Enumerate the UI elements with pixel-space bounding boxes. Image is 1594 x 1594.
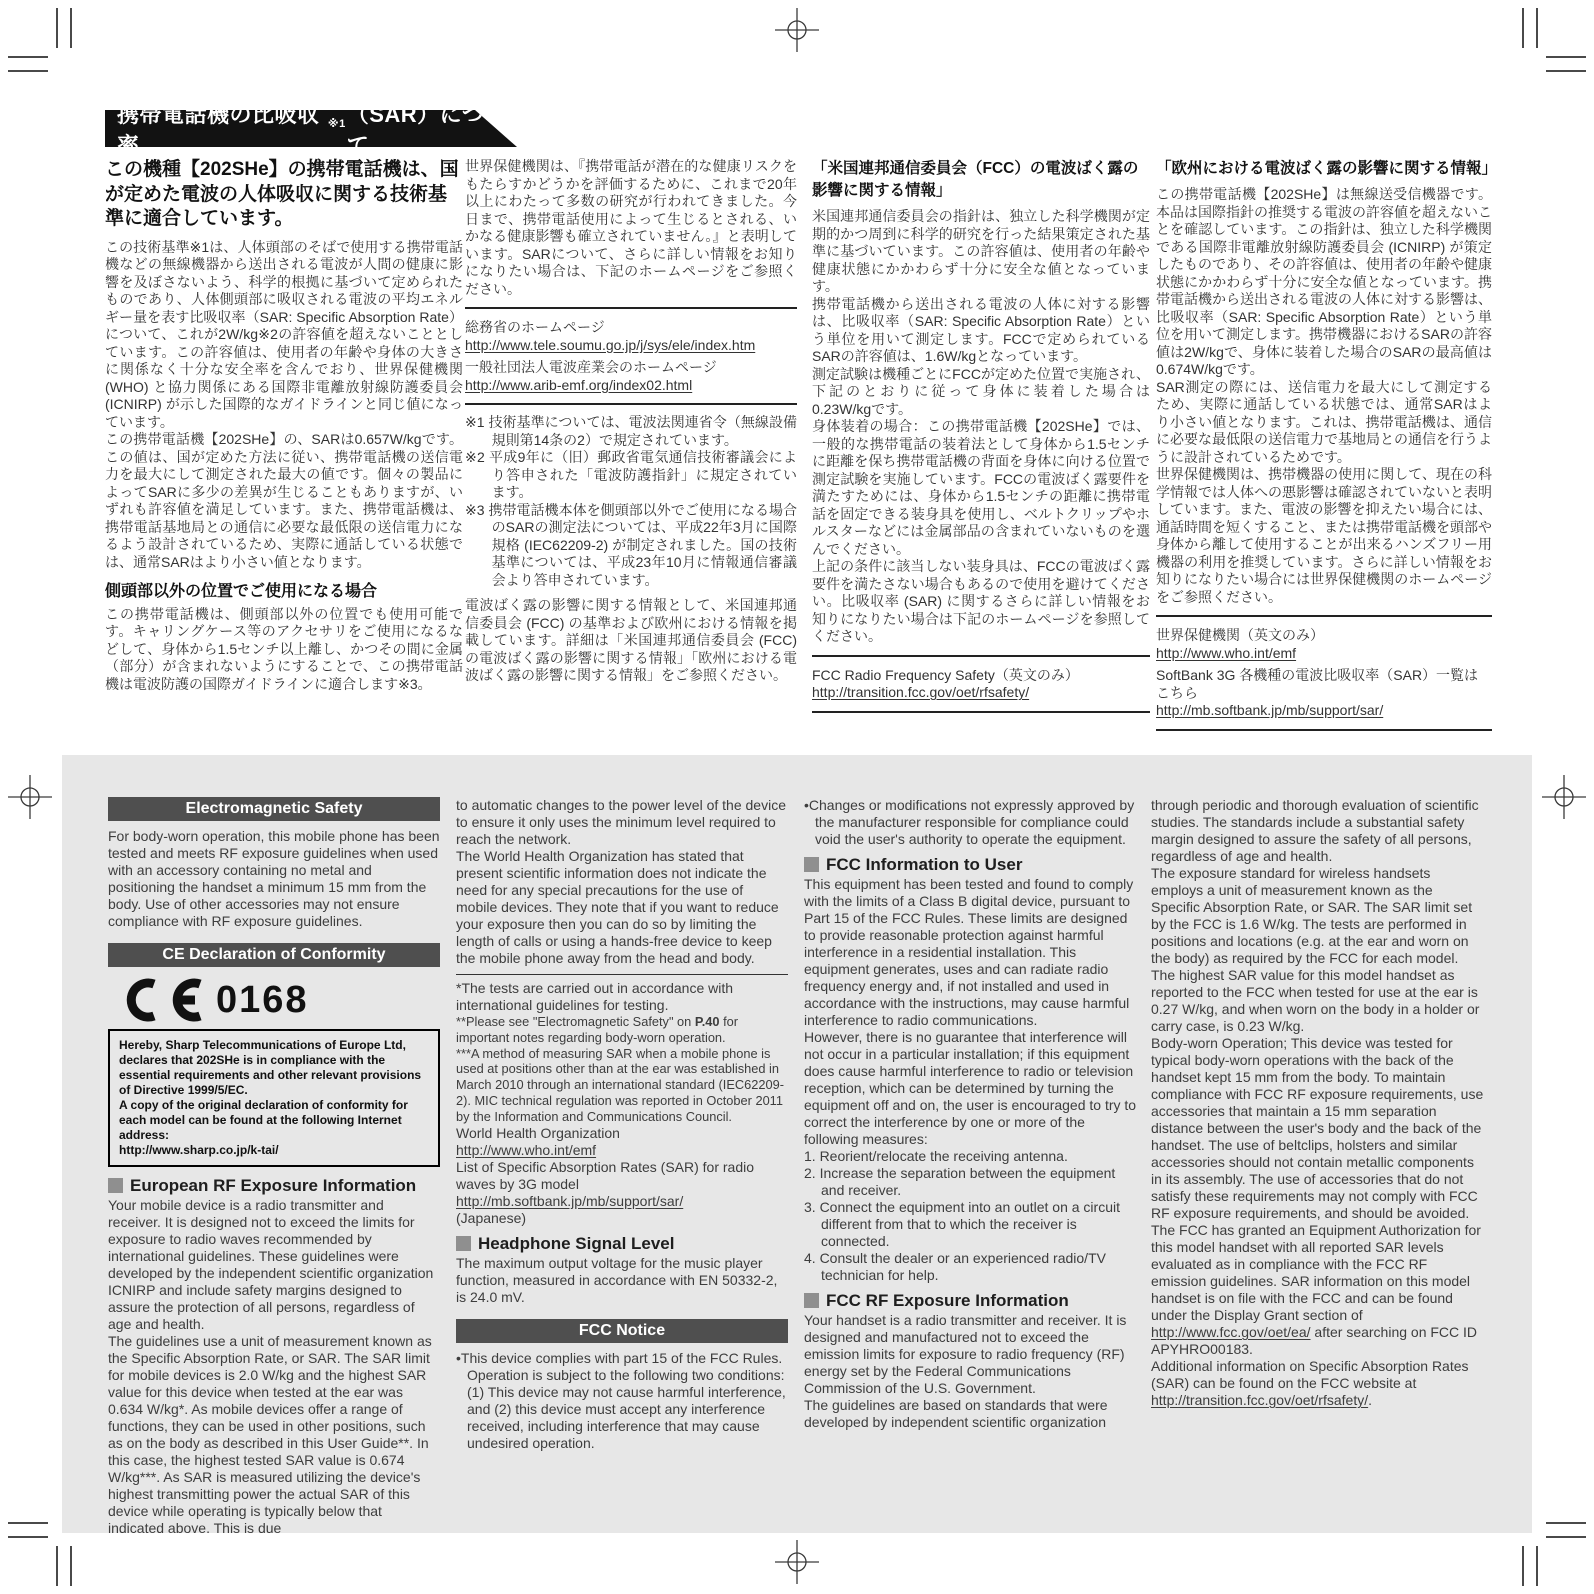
- fcc-rfsafety-link[interactable]: http://transition.fcc.gov/oet/rfsafety/: [812, 684, 1150, 702]
- english-section: Electromagnetic Safety For body-worn ope…: [62, 755, 1532, 1533]
- page-title-footnote-marker: ※1: [328, 117, 346, 130]
- registration-mark-right-icon: [1542, 775, 1586, 819]
- jp-column-1: この機種【202SHe】の携帯電話機は、国が定めた電波の人体吸収に関する技術基準…: [105, 158, 463, 693]
- link-label: 世界保健機関（英文のみ）: [1156, 627, 1492, 645]
- body-paragraph: 上記の条件に該当しない装身具は、FCCの電波ばく露要件を満たさない場合もあるので…: [812, 558, 1150, 646]
- numbered-list-item: 1. Reorient/relocate the receiving anten…: [804, 1148, 1138, 1165]
- body-paragraph: The World Health Organization has stated…: [456, 848, 788, 967]
- bullet-item: •This device complies with part 15 of th…: [456, 1350, 788, 1384]
- registration-mark-top-icon: [775, 8, 819, 52]
- body-paragraph: The exposure standard for wireless hands…: [1151, 865, 1484, 967]
- heading-fcc-information-to-user: FCC Information to User: [804, 856, 1138, 873]
- ce-number: 0168: [216, 992, 309, 1009]
- footnotes-block: *The tests are carried out in accordance…: [456, 974, 788, 1125]
- body-paragraph: 身体装着の場合：この携帯電話機【202SHe】では、一般的な携帯電話の装着法とし…: [812, 418, 1150, 558]
- jp-subheading-body-worn: 側頭部以外の位置でご使用になる場合: [105, 583, 463, 601]
- jp-heading-europe: 「欧州における電波ばく露の影響に関する情報」: [1156, 158, 1492, 180]
- body-paragraph: 電波ばく露の影響に関する情報として、米国連邦通信委員会 (FCC) の基準および…: [465, 597, 797, 685]
- footnote-1: ※1 技術基準については、電波法関連省令（無線設備規則第14条の2）で規定されて…: [465, 414, 797, 449]
- who-link[interactable]: http://www.who.int/emf: [456, 1142, 788, 1159]
- link-label: SoftBank 3G 各機種の電波比吸収率（SAR）一覧はこちら: [1156, 667, 1492, 702]
- body-paragraph: SAR測定の際には、送信電力を最大にして測定するため、実際に通話している状態では…: [1156, 379, 1492, 467]
- ce-mark-icon: [116, 977, 204, 1023]
- body-paragraph: Your handset is a radio transmitter and …: [804, 1312, 1138, 1397]
- footnote-3: ※3 携帯電話機本体を側頭部以外でご使用になる場合のSARの測定法については、平…: [465, 502, 797, 590]
- manual-page: 携帯電話機の比吸収率※1（SAR）について この機種【202SHe】の携帯電話機…: [0, 0, 1594, 1594]
- sharp-link[interactable]: http://www.sharp.co.jp/k-tai/: [119, 1143, 429, 1158]
- en-column-1: Electromagnetic Safety For body-worn ope…: [108, 797, 440, 1533]
- jp-links-box: 総務省のホームページ http://www.tele.soumu.go.jp/j…: [465, 307, 797, 405]
- bullet-item: •Changes or modifications not expressly …: [804, 797, 1138, 848]
- section-square-icon: [456, 1236, 471, 1251]
- en-column-3: •Changes or modifications not expressly …: [804, 797, 1138, 1431]
- body-paragraph: 携帯電話機から送出される電波の人体に対する影響は、比吸収率（SAR: Speci…: [812, 296, 1150, 366]
- jp-lead-heading: この機種【202SHe】の携帯電話機は、国が定めた電波の人体吸収に関する技術基準…: [105, 158, 463, 232]
- body-paragraph: Body-worn Operation; This device was tes…: [1151, 1035, 1484, 1222]
- body-paragraph: For body-worn operation, this mobile pho…: [108, 828, 440, 930]
- section-square-icon: [108, 1178, 123, 1193]
- numbered-list-item: 3. Connect the equipment into an outlet …: [804, 1199, 1138, 1250]
- body-paragraph: The maximum output voltage for the music…: [456, 1255, 788, 1306]
- body-paragraph: Your mobile device is a radio transmitte…: [108, 1197, 440, 1333]
- softbank-sar-link[interactable]: http://mb.softbank.jp/mb/support/sar/: [456, 1193, 788, 1210]
- jp-column-2: 世界保健機関は、『携帯電話が潜在的な健康リスクをもたらすかどうかを評価するために…: [465, 158, 797, 685]
- body-paragraph: この携帯電話機【202SHe】は無線送受信機器です。本品は国際指針の推奨する電波…: [1156, 186, 1492, 379]
- en-column-4: through periodic and thorough evaluation…: [1151, 797, 1484, 1409]
- heading-european-rf-exposure: European RF Exposure Information: [108, 1177, 440, 1194]
- declaration-of-conformity-box: Hereby, Sharp Telecommunications of Euro…: [108, 1029, 440, 1167]
- footnote-asterisk-1: *The tests are carried out in accordance…: [456, 980, 788, 1014]
- who-link[interactable]: http://www.who.int/emf: [1156, 645, 1492, 663]
- jp-heading-fcc: 「米国連邦通信委員会（FCC）の電波ばく露の影響に関する情報」: [812, 158, 1150, 202]
- footnote-2: ※2 平成9年に（旧）郵政省電気通信技術審議会により答申された「電波防護指針」に…: [465, 449, 797, 502]
- soumu-link[interactable]: http://www.tele.soumu.go.jp/j/sys/ele/in…: [465, 337, 797, 355]
- page-title-tail: （SAR）について: [347, 98, 517, 160]
- jp-links-box: FCC Radio Frequency Safety（英文のみ） http://…: [812, 655, 1150, 713]
- body-paragraph: The FCC has granted an Equipment Authori…: [1151, 1222, 1484, 1358]
- body-paragraph: through periodic and thorough evaluation…: [1151, 797, 1484, 865]
- registration-mark-bottom-icon: [775, 1540, 819, 1584]
- page-title-bar: 携帯電話機の比吸収率※1（SAR）について: [105, 110, 517, 147]
- body-paragraph: This equipment has been tested and found…: [804, 876, 1138, 1029]
- softbank-sar-link[interactable]: http://mb.softbank.jp/mb/support/sar/: [1156, 702, 1492, 720]
- body-paragraph: 米国連邦通信委員会の指針は、独立した科学機関が定期的かつ周到に科学的研究を行った…: [812, 208, 1150, 296]
- body-paragraph: Additional information on Specific Absor…: [1151, 1358, 1484, 1409]
- declaration-text: A copy of the original declaration of co…: [119, 1098, 429, 1143]
- numbered-list-item: 4. Consult the dealer or an experienced …: [804, 1250, 1138, 1284]
- jp-links-box: 世界保健機関（英文のみ） http://www.who.int/emf Soft…: [1156, 615, 1492, 731]
- body-paragraph: この技術基準※1は、人体頭部のそばで使用する携帯電話機などの無線機器から送出され…: [105, 239, 463, 432]
- body-paragraph: この携帯電話機は、側頭部以外の位置でも使用可能です。キャリングケース等のアクセサ…: [105, 606, 463, 694]
- heading-headphone-signal-level: Headphone Signal Level: [456, 1235, 788, 1252]
- link-language-note: (Japanese): [456, 1210, 788, 1227]
- link-label: List of Specific Absorption Rates (SAR) …: [456, 1159, 788, 1193]
- registration-mark-left-icon: [8, 775, 52, 819]
- body-paragraph: The guidelines use a unit of measurement…: [108, 1333, 440, 1533]
- arib-link[interactable]: http://www.arib-emf.org/index02.html: [465, 377, 797, 395]
- en-column-2: to automatic changes to the power level …: [456, 797, 788, 1452]
- heading-fcc-rf-exposure: FCC RF Exposure Information: [804, 1292, 1138, 1309]
- bullet-item-continuation: (1) This device may not cause harmful in…: [456, 1384, 788, 1452]
- ce-mark: 0168: [108, 977, 440, 1023]
- section-header-fcc-notice: FCC Notice: [456, 1319, 788, 1343]
- body-paragraph: この携帯電話機【202SHe】の、SARは0.657W/kgです。この値は、国が…: [105, 431, 463, 571]
- section-header-electromagnetic-safety: Electromagnetic Safety: [108, 797, 440, 821]
- fcc-ea-link[interactable]: http://www.fcc.gov/oet/ea/: [1151, 1324, 1311, 1340]
- section-square-icon: [804, 1293, 819, 1308]
- jp-column-3: 「米国連邦通信委員会（FCC）の電波ばく露の影響に関する情報」 米国連邦通信委員…: [812, 158, 1150, 722]
- link-label: FCC Radio Frequency Safety（英文のみ）: [812, 667, 1150, 685]
- body-paragraph: However, there is no guarantee that inte…: [804, 1029, 1138, 1148]
- link-label: 総務省のホームページ: [465, 319, 797, 337]
- body-paragraph: 測定試験は機種ごとにFCCが定めた位置で実施され、下記のとおりに従って身体に装着…: [812, 366, 1150, 419]
- link-label: 一般社団法人電波産業会のホームページ: [465, 359, 797, 377]
- footnote-asterisk-2: **Please see "Electromagnetic Safety" on…: [456, 1014, 788, 1046]
- section-square-icon: [804, 857, 819, 872]
- body-paragraph: 世界保健機関は、『携帯電話が潜在的な健康リスクをもたらすかどうかを評価するために…: [465, 158, 797, 298]
- body-paragraph: The guidelines are based on standards th…: [804, 1397, 1138, 1431]
- body-paragraph: The highest SAR value for this model han…: [1151, 967, 1484, 1035]
- section-header-ce-declaration: CE Declaration of Conformity: [108, 943, 440, 967]
- page-reference: P.40: [695, 1014, 720, 1029]
- jp-column-4: 「欧州における電波ばく露の影響に関する情報」 この携帯電話機【202SHe】は無…: [1156, 158, 1492, 740]
- footnote-asterisk-3: ***A method of measuring SAR when a mobi…: [456, 1046, 788, 1125]
- numbered-list-item: 2. Increase the separation between the e…: [804, 1165, 1138, 1199]
- fcc-rfsafety-link[interactable]: http://transition.fcc.gov/oet/rfsafety/: [1151, 1392, 1368, 1408]
- link-label: World Health Organization: [456, 1125, 788, 1142]
- page-title: 携帯電話機の比吸収率: [117, 98, 327, 160]
- body-paragraph: 世界保健機関は、携帯機器の使用に関して、現在の科学情報では人体への悪影響は確認さ…: [1156, 466, 1492, 606]
- declaration-text: Hereby, Sharp Telecommunications of Euro…: [119, 1038, 429, 1098]
- body-paragraph: to automatic changes to the power level …: [456, 797, 788, 848]
